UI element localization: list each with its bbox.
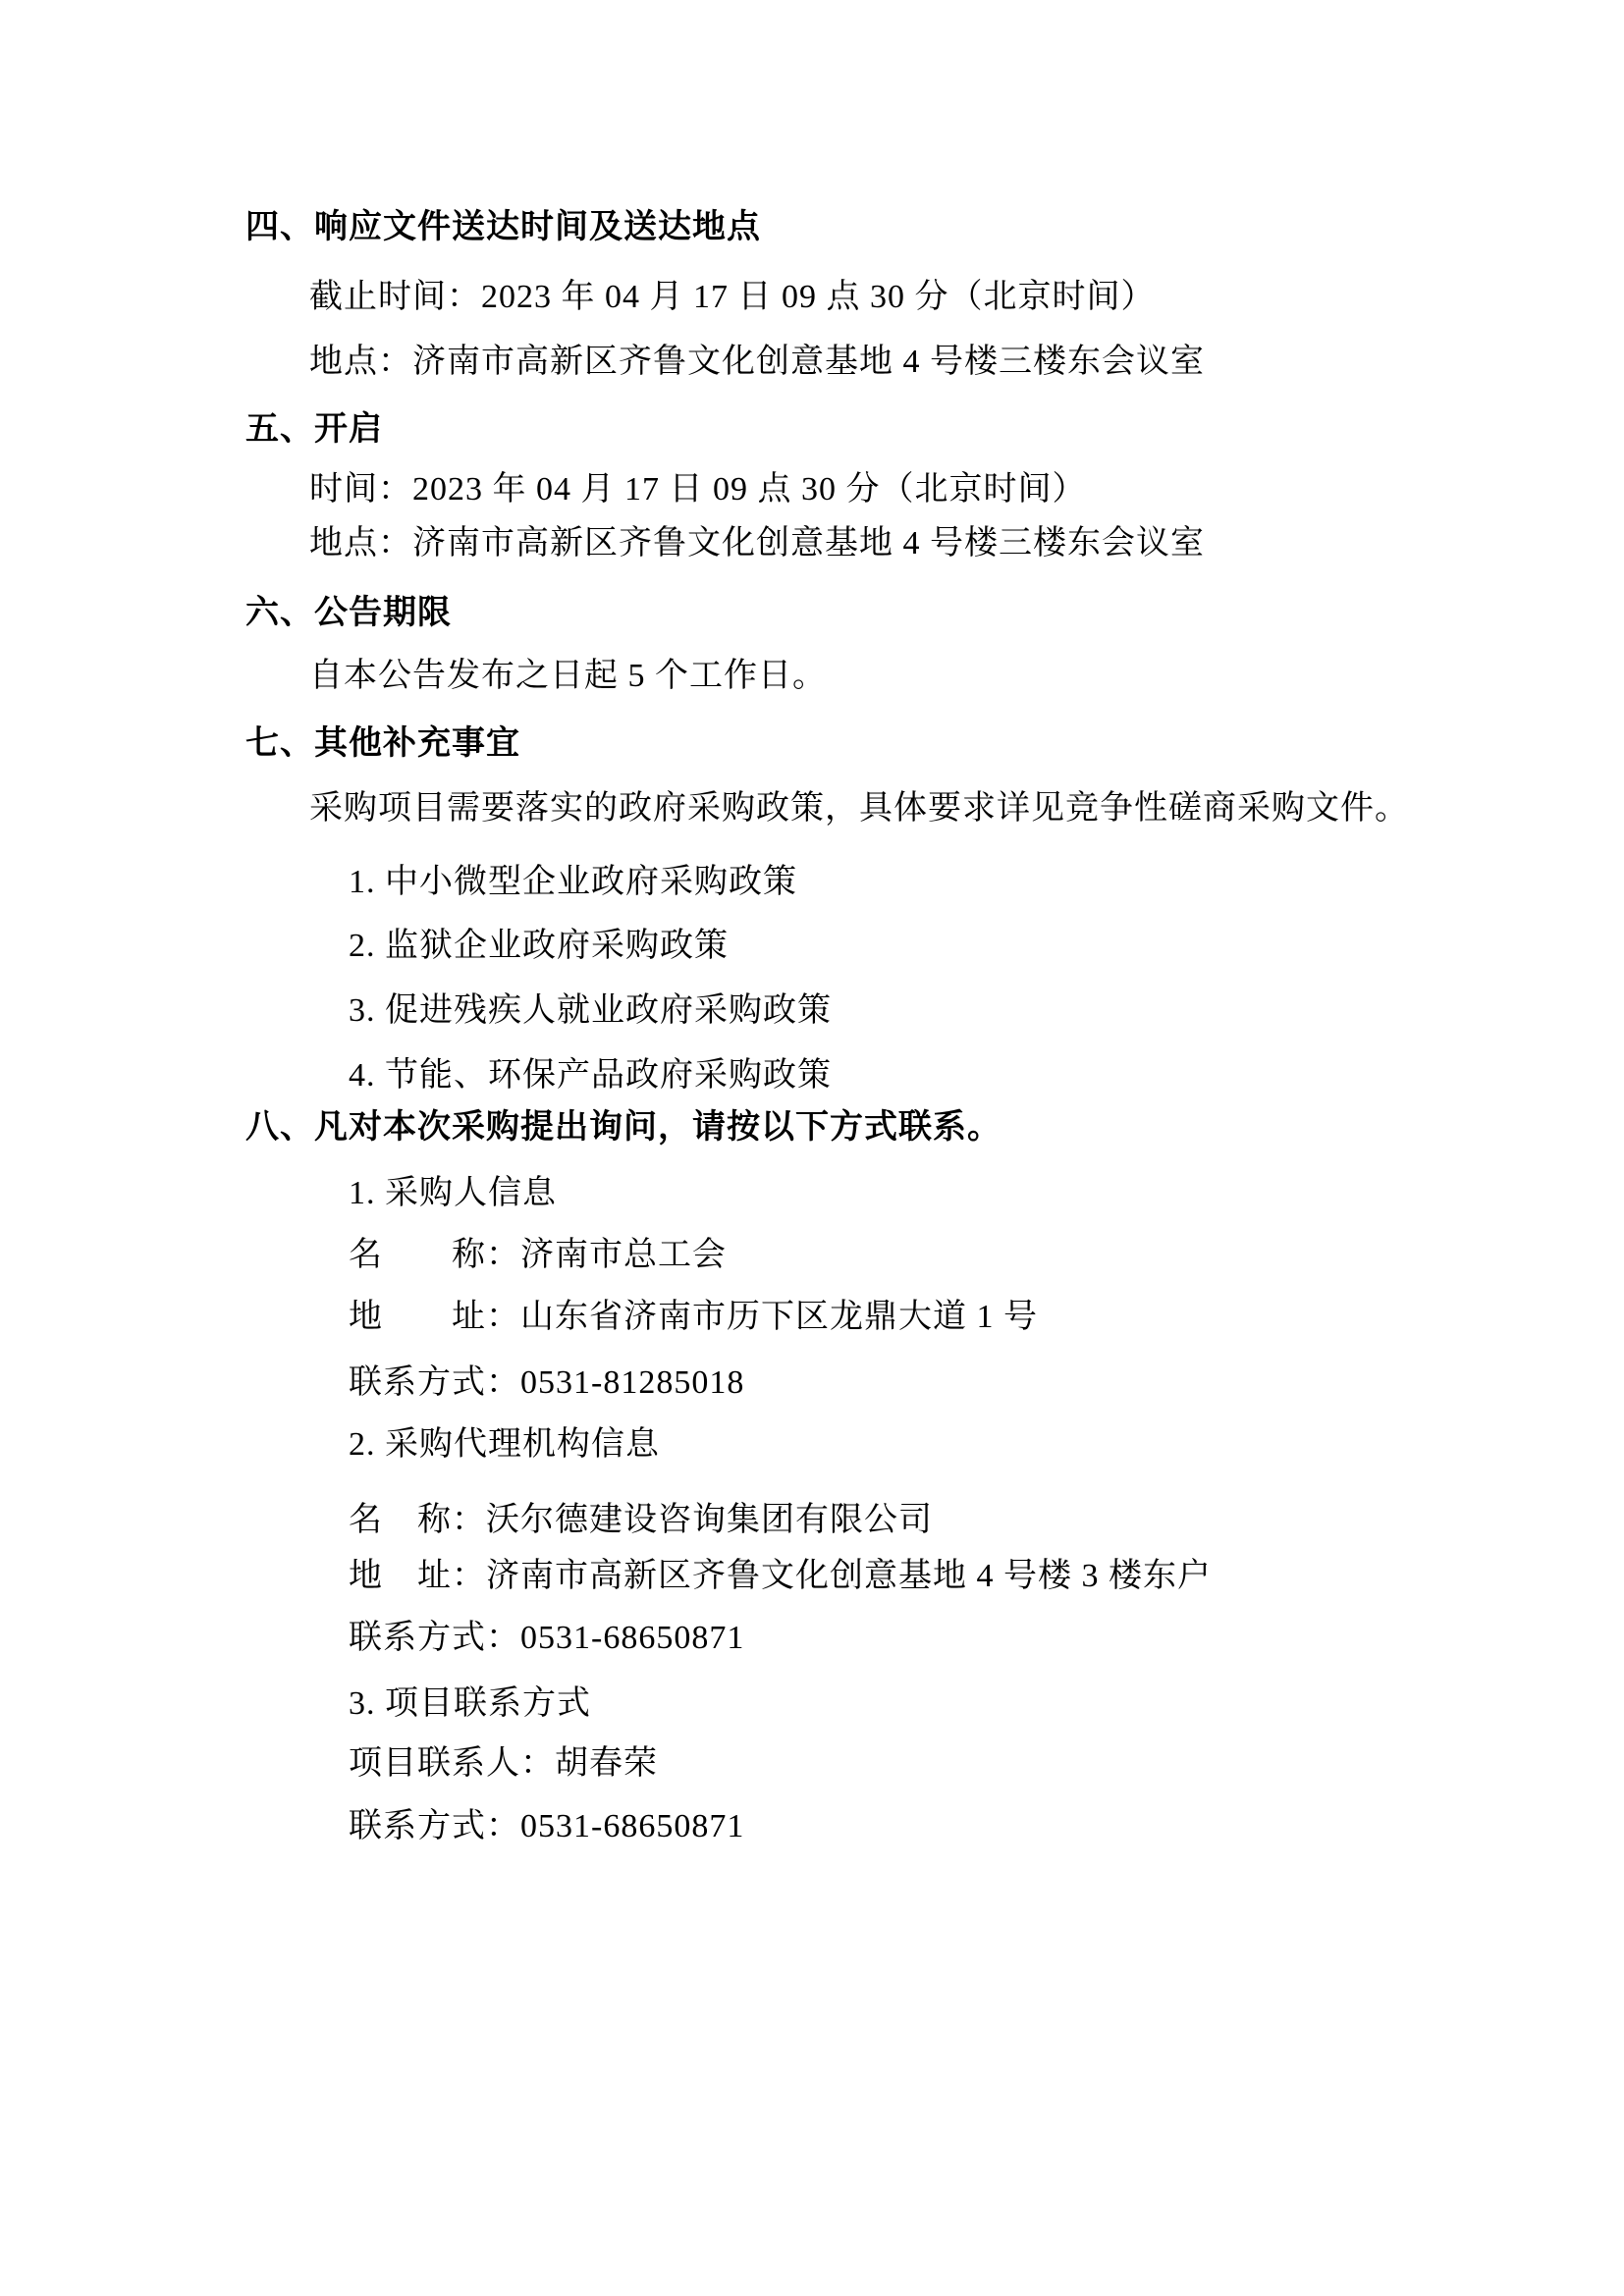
section-four-heading: 四、响应文件送达时间及送达地点 bbox=[245, 206, 761, 249]
document-page: 四、响应文件送达时间及送达地点 截止时间：2023 年 04 月 17 日 09… bbox=[0, 0, 1624, 2296]
policy-item-3: 3. 促进残疾人就业政府采购政策 bbox=[349, 989, 832, 1033]
deadline-time-line: 截止时间：2023 年 04 月 17 日 09 点 30 分（北京时间） bbox=[309, 276, 1156, 319]
section-seven-heading: 七、其他补充事宜 bbox=[245, 722, 520, 766]
section-five-heading: 五、开启 bbox=[245, 408, 383, 452]
agency-address-line: 地 址：济南市高新区齐鲁文化创意基地 4 号楼 3 楼东户 bbox=[349, 1555, 1212, 1598]
agency-contact-line: 联系方式：0531-68650871 bbox=[349, 1617, 744, 1660]
purchaser-contact-line: 联系方式：0531-81285018 bbox=[349, 1362, 744, 1405]
policy-intro-line: 采购项目需要落实的政府采购政策，具体要求详见竞争性磋商采购文件。 bbox=[309, 787, 1409, 830]
opening-time-line: 时间：2023 年 04 月 17 日 09 点 30 分（北京时间） bbox=[309, 468, 1087, 511]
opening-location-line: 地点：济南市高新区齐鲁文化创意基地 4 号楼三楼东会议室 bbox=[309, 522, 1205, 565]
purchaser-info-title: 1. 采购人信息 bbox=[349, 1172, 557, 1215]
section-six-heading: 六、公告期限 bbox=[245, 592, 452, 635]
policy-item-4: 4. 节能、环保产品政府采购政策 bbox=[349, 1054, 832, 1097]
policy-item-1: 1. 中小微型企业政府采购政策 bbox=[349, 861, 797, 904]
agency-info-title: 2. 采购代理机构信息 bbox=[349, 1423, 660, 1467]
policy-item-2: 2. 监狱企业政府采购政策 bbox=[349, 925, 729, 968]
announcement-period-line: 自本公告发布之日起 5 个工作日。 bbox=[309, 655, 827, 698]
agency-name-line: 名 称：沃尔德建设咨询集团有限公司 bbox=[349, 1499, 933, 1542]
delivery-location-line: 地点：济南市高新区齐鲁文化创意基地 4 号楼三楼东会议室 bbox=[309, 341, 1205, 384]
project-contact-title: 3. 项目联系方式 bbox=[349, 1682, 591, 1726]
purchaser-name-line: 名 称：济南市总工会 bbox=[349, 1234, 727, 1277]
section-eight-heading: 八、凡对本次采购提出询问，请按以下方式联系。 bbox=[245, 1106, 1001, 1149]
project-person-line: 项目联系人：胡春荣 bbox=[349, 1742, 658, 1786]
purchaser-address-line: 地 址：山东省济南市历下区龙鼎大道 1 号 bbox=[349, 1296, 1038, 1339]
project-contact-line: 联系方式：0531-68650871 bbox=[349, 1805, 744, 1848]
